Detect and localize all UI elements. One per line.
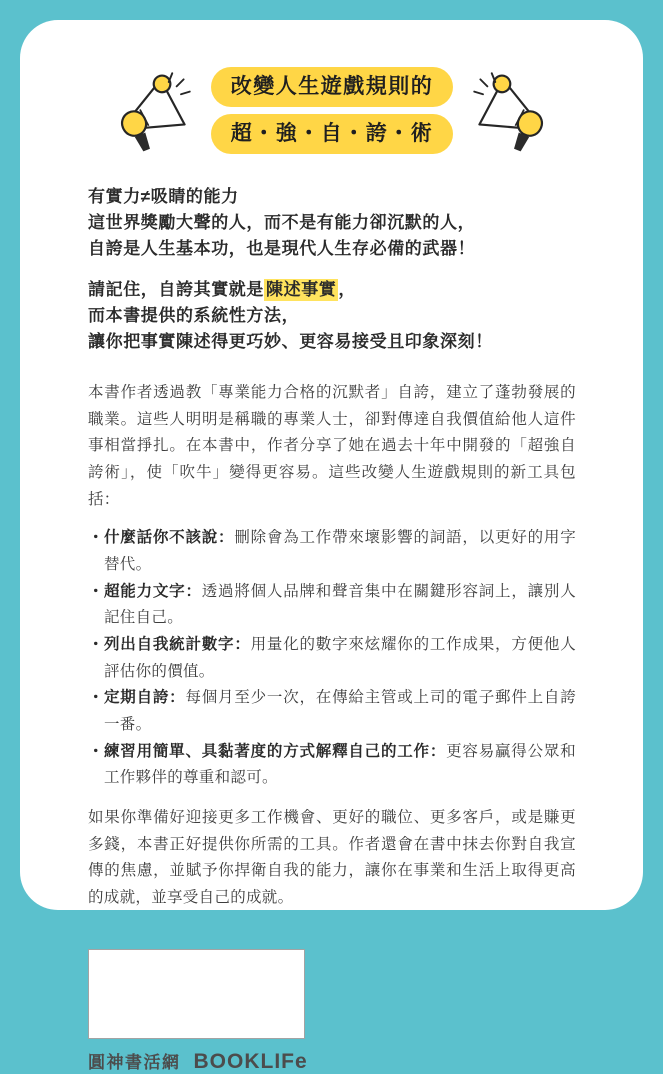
list-item: ・什麼話你不該說：刪除會為工作帶來壞影響的詞語，以更好的用字替代。 xyxy=(88,525,576,578)
page-card: 改變人生遊戲規則的 超・強・自・誇・術 有實力≠吸睛的能力 這世界獎勵大聲的人，… xyxy=(20,20,643,910)
intro-line: 有實力≠吸睛的能力 xyxy=(88,184,576,210)
remember-line-3: 讓你把事實陳述得更巧妙、更容易接受且印象深刻！ xyxy=(88,329,576,355)
tool-label: 超能力文字： xyxy=(104,583,202,600)
intro-line: 自誇是人生基本功，也是現代人生存必備的武器！ xyxy=(88,236,576,262)
tool-label: 什麼話你不該說： xyxy=(104,529,234,546)
bullet-marker: ・ xyxy=(88,632,104,659)
title-badge-top: 改變人生遊戲規則的 xyxy=(211,67,454,107)
tool-label: 列出自我統計數字： xyxy=(104,636,251,653)
remember-line-2: 而本書提供的系統性方法， xyxy=(88,303,576,329)
remember-block: 請記住，自誇其實就是陳述事實， 而本書提供的系統性方法， 讓你把事實陳述得更巧妙… xyxy=(88,277,576,355)
tools-list: ・什麼話你不該說：刪除會為工作帶來壞影響的詞語，以更好的用字替代。 ・超能力文字… xyxy=(88,525,576,792)
bullet-marker: ・ xyxy=(88,739,104,766)
bullet-marker: ・ xyxy=(88,579,104,606)
bullet-marker: ・ xyxy=(88,685,104,712)
list-item: ・定期自誇：每個月至少一次，在傳給主管或上司的電子郵件上自誇一番。 xyxy=(88,685,576,738)
closing-paragraph: 如果你準備好迎接更多工作機會、更好的職位、更多客戶，或是賺更多錢，本書正好提供你… xyxy=(88,805,576,912)
title-badge-bottom: 超・強・自・誇・術 xyxy=(211,114,454,154)
intro-line: 這世界獎勵大聲的人，而不是有能力卻沉默的人， xyxy=(88,210,576,236)
title-badges: 改變人生遊戲規則的 超・強・自・誇・術 xyxy=(211,67,454,154)
about-paragraph: 本書作者透過教「專業能力合格的沉默者」自誇，建立了蓬勃發展的職業。這些人明明是稱… xyxy=(88,380,576,513)
megaphone-icon xyxy=(469,64,553,156)
list-item: ・列出自我統計數字：用量化的數字來炫耀你的工作成果，方便他人評估你的價值。 xyxy=(88,632,576,685)
remember-line-1: 請記住，自誇其實就是陳述事實， xyxy=(88,277,576,303)
header: 改變人生遊戲規則的 超・強・自・誇・術 xyxy=(58,64,606,156)
megaphone-icon xyxy=(111,64,195,156)
tool-label: 定期自誇： xyxy=(104,689,185,706)
bullet-marker: ・ xyxy=(88,525,104,552)
highlighted-phrase: 陳述事實 xyxy=(264,279,338,301)
intro-block: 有實力≠吸睛的能力 這世界獎勵大聲的人，而不是有能力卻沉默的人， 自誇是人生基本… xyxy=(88,184,576,262)
list-item: ・練習用簡單、具黏著度的方式解釋自己的工作：更容易贏得公眾和工作夥伴的尊重和認可… xyxy=(88,739,576,792)
tool-label: 練習用簡單、具黏著度的方式解釋自己的工作： xyxy=(104,743,446,760)
list-item: ・超能力文字：透過將個人品牌和聲音集中在關鍵形容詞上，讓別人記住自己。 xyxy=(88,579,576,632)
